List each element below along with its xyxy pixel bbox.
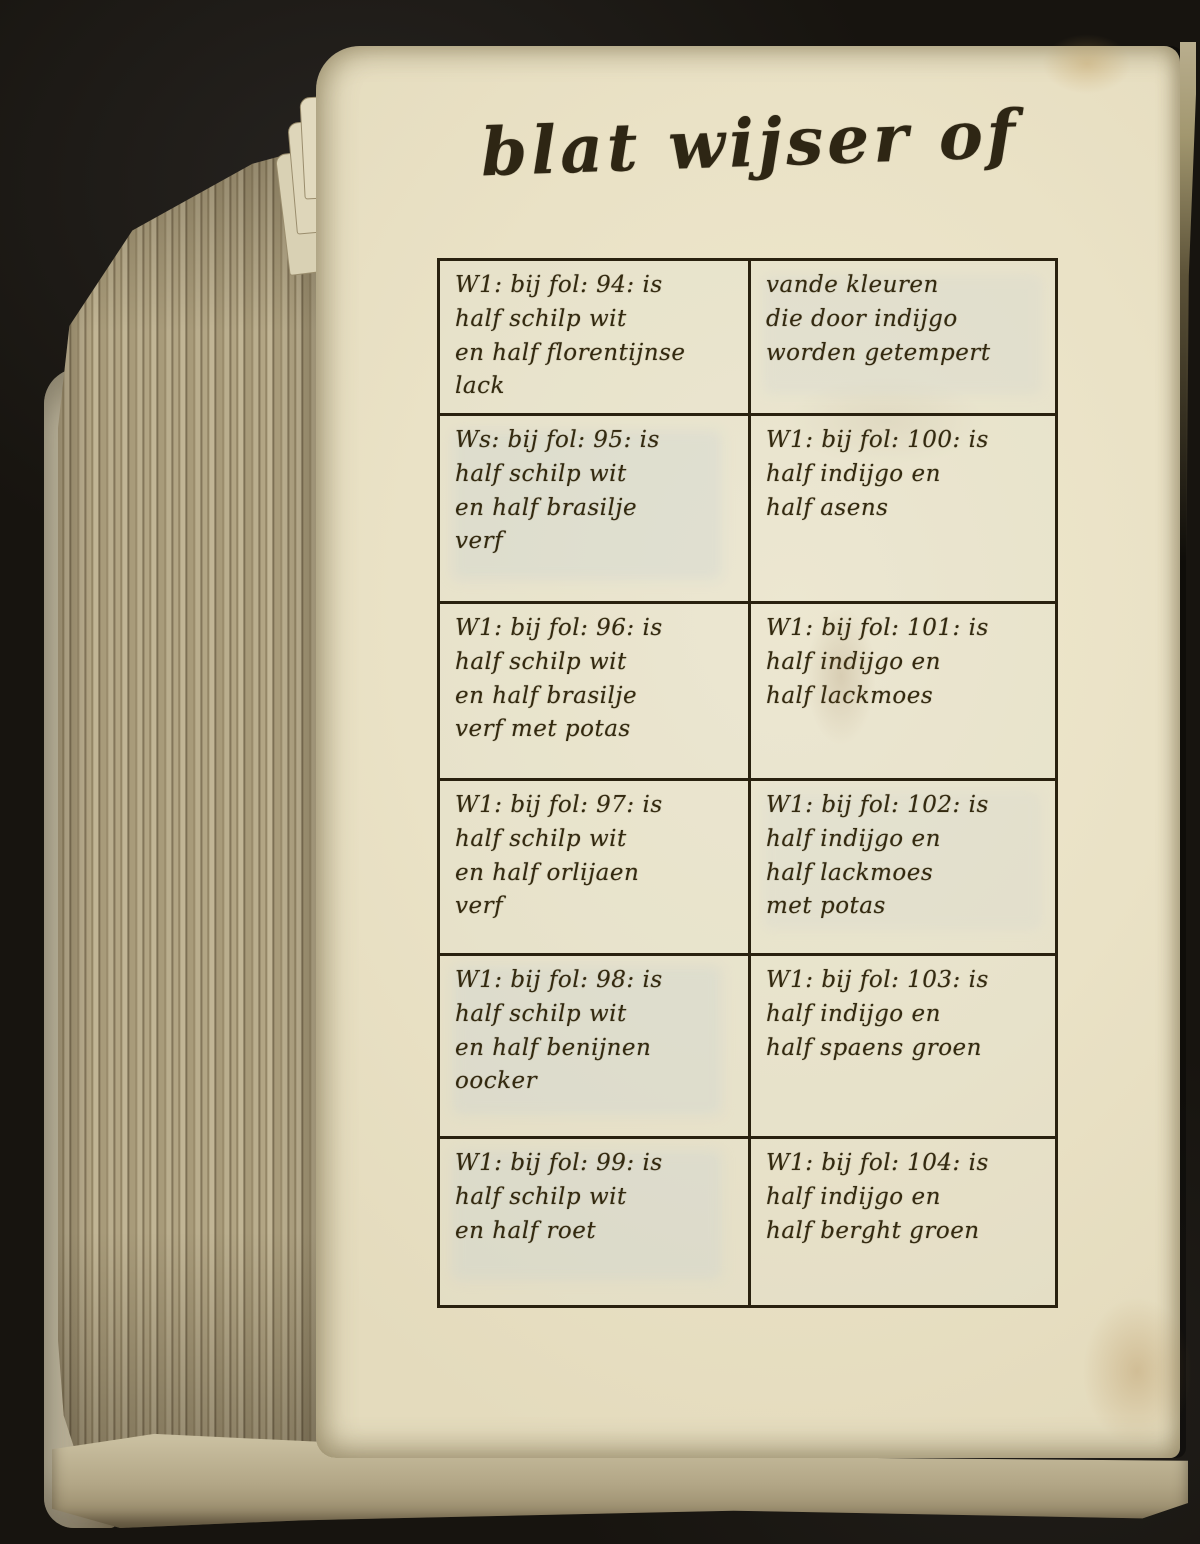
- scanned-book-photo: blat wijser of W1: bij fol: 94: is half …: [0, 0, 1200, 1544]
- index-cell-fol-102: W1: bij fol: 102: is half indijgo en hal…: [748, 778, 1055, 953]
- index-cell-fol-97: W1: bij fol: 97: is half schilp wit en h…: [440, 778, 748, 953]
- index-cell-fol-101: W1: bij fol: 101: is half indijgo en hal…: [748, 601, 1055, 778]
- index-cell-fol-99: W1: bij fol: 99: is half schilp wit en h…: [440, 1136, 748, 1305]
- index-cell-fol-104: W1: bij fol: 104: is half indijgo en hal…: [748, 1136, 1055, 1305]
- index-cell-fol-98: W1: bij fol: 98: is half schilp wit en h…: [440, 953, 748, 1136]
- gutter-page-sliver: [1180, 42, 1196, 562]
- index-cell-fol-94: W1: bij fol: 94: is half schilp wit en h…: [440, 261, 748, 413]
- index-cell-fol-95: Ws: bij fol: 95: is half schilp wit en h…: [440, 413, 748, 601]
- index-cell-fol-103: W1: bij fol: 103: is half indijgo en hal…: [748, 953, 1055, 1136]
- index-cell-indigo-note: vande kleuren die door indijgo worden ge…: [748, 261, 1055, 413]
- index-cell-fol-100: W1: bij fol: 100: is half indijgo en hal…: [748, 413, 1055, 601]
- page-edges-stack: [58, 142, 344, 1504]
- index-cell-fol-96: W1: bij fol: 96: is half schilp wit en h…: [440, 601, 748, 778]
- index-table: W1: bij fol: 94: is half schilp wit en h…: [437, 258, 1058, 1308]
